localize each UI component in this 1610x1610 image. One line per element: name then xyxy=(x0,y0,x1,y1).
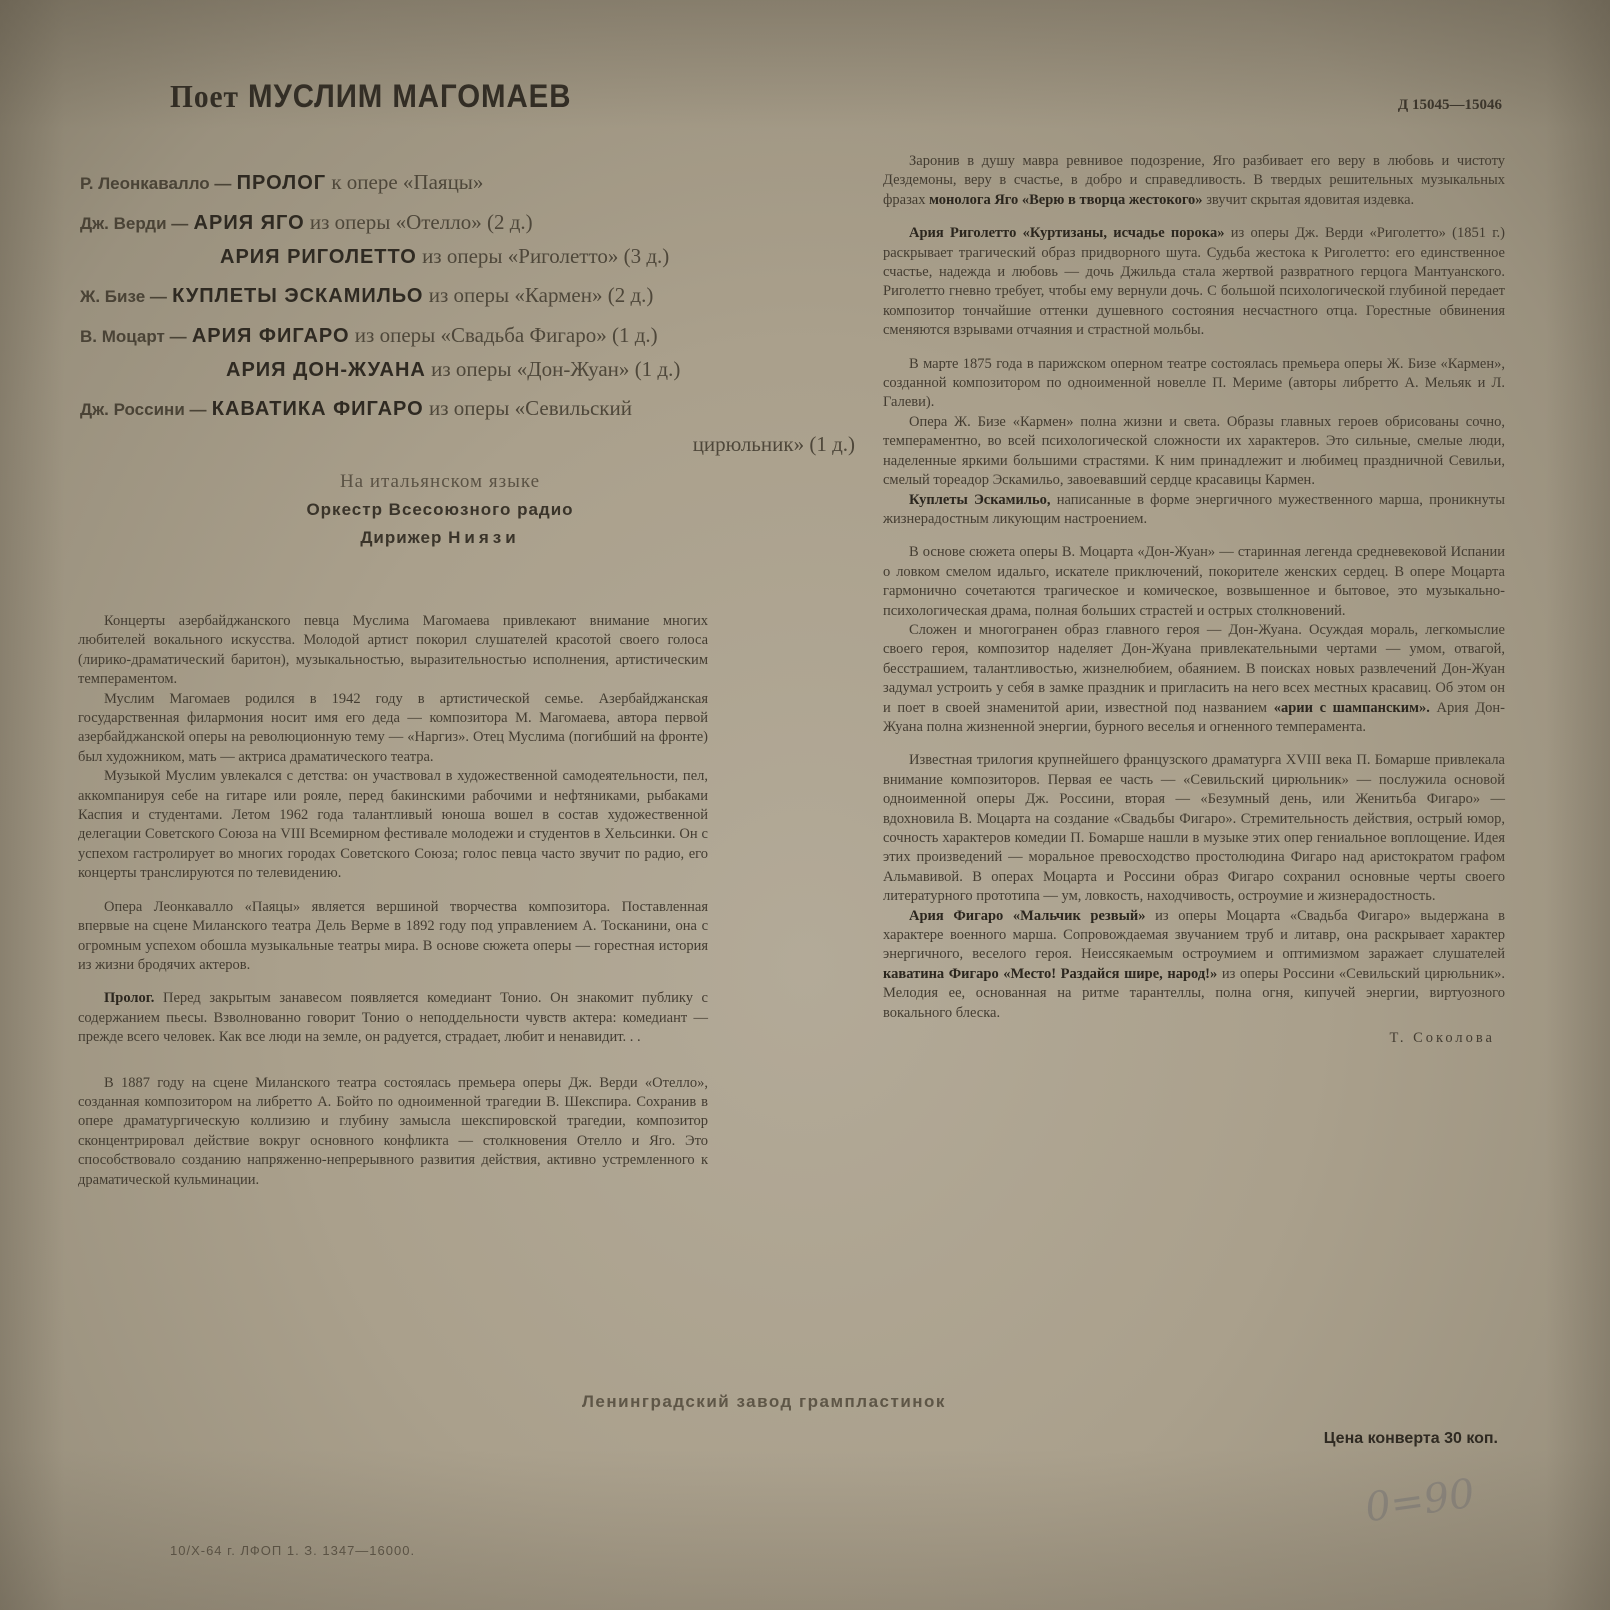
track-item: В. Моцарт — АРИЯ ФИГАРО из оперы «Свадьб… xyxy=(80,321,860,351)
track-item: АРИЯ РИГОЛЕТТО из оперы «Риголетто» (3 д… xyxy=(80,242,860,271)
artist-name: МУСЛИМ МАГОМАЕВ xyxy=(248,78,571,114)
liner-notes-left: Концерты азербайджанского певца Муслима … xyxy=(78,612,708,1190)
paragraph: Известная трилогия крупнейшего французск… xyxy=(883,751,1505,906)
paragraph: Ария Фигаро «Мальчик резвый» из оперы Мо… xyxy=(883,907,1505,1023)
paragraph: Сложен и многогранен образ главного геро… xyxy=(883,621,1505,737)
track-item: Р. Леонкавалло — ПРОЛОГ к опере «Паяцы» xyxy=(80,168,860,198)
track-item: АРИЯ ДОН-ЖУАНА из оперы «Дон-Жуан» (1 д.… xyxy=(80,355,860,384)
paragraph: Опера Леонкавалло «Паяцы» является верши… xyxy=(78,898,708,976)
paragraph: Пролог. Перед закрытым занавесом появляе… xyxy=(78,989,708,1047)
language-note: На итальянском языке xyxy=(230,468,650,496)
track-item: Дж. Россини — КАВАТИКА ФИГАРО из оперы «… xyxy=(80,394,860,424)
paragraph: В марте 1875 года в парижском оперном те… xyxy=(883,355,1505,413)
catalog-number: Д 15045—15046 xyxy=(1398,97,1502,114)
track-item: Дж. Верди — АРИЯ ЯГО из оперы «Отелло» (… xyxy=(80,208,860,238)
track-item-continued: цирюльник» (1 д.) xyxy=(80,430,855,458)
performance-credits: На итальянском языке Оркестр Всесоюзного… xyxy=(230,468,650,552)
paragraph: Музыкой Муслим увлекался с детства: он у… xyxy=(78,767,708,883)
liner-notes-right: Заронив в душу мавра ревнивое подозрение… xyxy=(883,152,1505,1048)
orchestra-credit: Оркестр Всесоюзного радио xyxy=(230,496,650,524)
paragraph: Концерты азербайджанского певца Муслима … xyxy=(78,612,708,690)
paragraph: Заронив в душу мавра ревнивое подозрение… xyxy=(883,152,1505,210)
paragraph: Куплеты Эскамильо, написанные в форме эн… xyxy=(883,491,1505,530)
manufacturer: Ленинградский завод грампластинок xyxy=(582,1392,946,1412)
sleeve-price: Цена конверта 30 коп. xyxy=(1324,1430,1498,1448)
paragraph: В основе сюжета оперы В. Моцарта «Дон-Жу… xyxy=(883,543,1505,621)
conductor-credit: Дирижер Ниязи xyxy=(230,524,650,552)
paragraph: В 1887 году на сцене Миланского театра с… xyxy=(78,1074,708,1190)
print-imprint: 10/Х-64 г. ЛФОП 1. З. 1347—16000. xyxy=(170,1543,415,1558)
paragraph: Ария Риголетто «Куртизаны, исчадье порок… xyxy=(883,224,1505,340)
handwritten-mark: 0=90 xyxy=(1362,1471,1477,1532)
album-title: ПоетМУСЛИМ МАГОМАЕВ xyxy=(170,78,571,115)
paragraph: Опера Ж. Бизе «Кармен» полна жизни и све… xyxy=(883,413,1505,491)
paragraph: Муслим Магомаев родился в 1942 году в ар… xyxy=(78,690,708,768)
author-signature: Т. Соколова xyxy=(883,1029,1505,1048)
record-sleeve-back: ПоетМУСЛИМ МАГОМАЕВ Д 15045—15046 Р. Лео… xyxy=(0,0,1610,1610)
track-item: Ж. Бизе — КУПЛЕТЫ ЭСКАМИЛЬО из оперы «Ка… xyxy=(80,281,860,311)
track-list: Р. Леонкавалло — ПРОЛОГ к опере «Паяцы» … xyxy=(80,168,860,468)
